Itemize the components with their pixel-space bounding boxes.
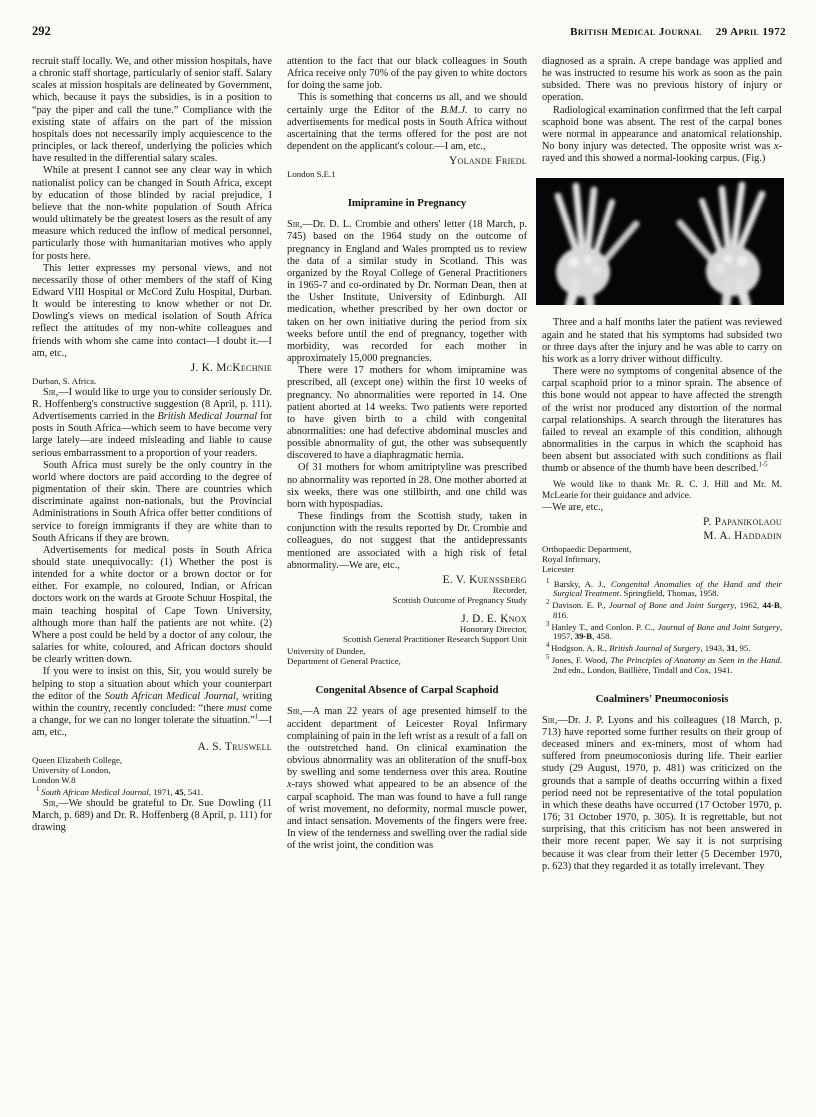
paragraph: Sir,—Dr. D. L. Crombie and others' lette…	[287, 219, 527, 365]
text-run: Journal of Bone and Joint Surgery	[658, 622, 780, 632]
signature: J. D. E. Knox	[287, 613, 527, 625]
paragraph: While at present I cannot see any clear …	[32, 165, 272, 262]
text-run: Sir,	[43, 387, 58, 398]
text-run: Sir,	[542, 715, 557, 726]
page-number: 292	[32, 24, 51, 39]
journal-masthead: British Medical Journal29 April 1972	[570, 26, 786, 38]
text-run: Davison. E. P.,	[552, 600, 609, 610]
address: Orthopaedic Department,Royal Infirmary,L…	[542, 545, 782, 575]
reference: 3 Hanley T., and Conlon. P. C., Journal …	[542, 623, 782, 643]
column-3: diagnosed as a sprain. A crepe bandage w…	[542, 56, 782, 873]
text-run: , 1971,	[149, 787, 175, 797]
text-run: —A man 22 years of age presented himself…	[287, 706, 527, 778]
text-run: South African Medical Journal,	[105, 691, 239, 702]
text-run: 31	[726, 643, 735, 653]
reference-number: 1	[546, 578, 554, 585]
text-run: must	[227, 703, 246, 714]
paragraph: Sir,—I would like to urge you to conside…	[32, 387, 272, 460]
text-run: British Journal of Surgery	[609, 643, 700, 653]
text-run: Sir,	[287, 706, 302, 717]
closing-line: —We are, etc.,	[542, 502, 782, 514]
address: Queen Elizabeth College,University of Lo…	[32, 756, 272, 786]
address-line: Leicester	[542, 565, 782, 575]
text-run: Hodgson. A. R.,	[551, 643, 609, 653]
issue-date: 29 April 1972	[716, 26, 786, 38]
text-run: Hanley T., and Conlon. P. C.,	[552, 622, 658, 632]
text-run: , 95.	[735, 643, 750, 653]
text-run: —We should be grateful to Dr. Sue Dowlin…	[32, 798, 272, 833]
text-run: The Principles of Anatomy as Seen in the…	[610, 655, 779, 665]
journal-title: British Medical Journal	[570, 26, 702, 38]
xray-figure	[536, 178, 784, 305]
paragraph: This letter expresses my personal views,…	[32, 263, 272, 360]
address: London S.E.1	[287, 170, 527, 180]
signature: M. A. Haddadin	[542, 530, 782, 542]
address-line: Department of General Practice,	[287, 657, 527, 667]
text-run: Journal of Bone and Joint Surgery	[609, 600, 734, 610]
paragraph: These findings from the Scottish study, …	[287, 511, 527, 572]
paragraph: Advertisements for medical posts in Sout…	[32, 545, 272, 667]
paragraph: Of 31 mothers for whom amitriptyline was…	[287, 462, 527, 511]
text-run: , 1943,	[700, 643, 726, 653]
paragraph: South Africa must surely be the only cou…	[32, 460, 272, 545]
paragraph: Three and a half months later the patien…	[542, 317, 782, 366]
text-run: 45	[175, 787, 184, 797]
paragraph: This is something that concerns us all, …	[287, 92, 527, 153]
address: Durban, S. Africa.	[32, 377, 272, 387]
address: University of Dundee,Department of Gener…	[287, 647, 527, 667]
signature: A. S. Truswell	[32, 741, 272, 753]
text-run: , 458.	[592, 631, 612, 641]
paragraph-continuation: recruit staff locally. We, and other mis…	[32, 56, 272, 165]
paragraph: If you were to insist on this, Sir, you …	[32, 666, 272, 739]
reference: 1 South African Medical Journal, 1971, 4…	[32, 788, 272, 798]
text-run: 1-5	[758, 462, 767, 469]
reference: 5 Jones, F. Wood, The Principles of Anat…	[542, 656, 782, 676]
text-run: , 1962,	[734, 600, 762, 610]
journal-page: 292 British Medical Journal29 April 1972…	[0, 0, 816, 1117]
paragraph: Sir,—Dr. J. P. Lyons and his colleagues …	[542, 715, 782, 873]
text-run: Radiological examination confirmed that …	[542, 105, 782, 152]
column-layout: recruit staff locally. We, and other mis…	[32, 56, 786, 873]
xray-both-hands-image	[536, 178, 784, 305]
address-line: Durban, S. Africa.	[32, 377, 272, 387]
paragraph: Sir,—A man 22 years of age presented him…	[287, 706, 527, 852]
text-run: British Medical Journal	[157, 411, 257, 422]
text-run: . Springfield, Thomas, 1958.	[619, 588, 719, 598]
text-run: Sir,	[287, 219, 302, 230]
paragraph-continuation: attention to the fact that our black col…	[287, 56, 527, 92]
column-2: attention to the fact that our black col…	[287, 56, 527, 873]
address-line: London S.E.1	[287, 170, 527, 180]
text-run: Barsky, A. J.,	[554, 579, 611, 589]
signature-role: Scottish Outcome of Pregnancy Study	[287, 596, 527, 606]
paragraph: There were 17 mothers for whom imipramin…	[287, 365, 527, 462]
signature: E. V. Kuenssberg	[287, 574, 527, 586]
signature: J. K. McKechnie	[32, 362, 272, 374]
address-line: London W.8	[32, 776, 272, 786]
letter-heading: Congenital Absence of Carpal Scaphoid	[287, 684, 527, 696]
text-run: Sir,	[43, 798, 58, 809]
signature-role: Scottish General Practitioner Research S…	[287, 635, 527, 645]
text-run: -rays showed what appeared to be an abse…	[287, 779, 527, 851]
text-run: , 541.	[184, 787, 204, 797]
letter-heading: Coalminers' Pneumoconiosis	[542, 693, 782, 705]
signature: P. Papanikolaou	[542, 516, 782, 528]
text-run: There were no symptoms of congenital abs…	[542, 366, 782, 474]
text-run: Jones, F. Wood,	[552, 655, 611, 665]
text-run: 44-B	[762, 600, 779, 610]
reference: 2 Davison. E. P., Journal of Bone and Jo…	[542, 601, 782, 621]
signature: Yolande Friedl	[287, 155, 527, 167]
column-1: recruit staff locally. We, and other mis…	[32, 56, 272, 873]
reference: 4 Hodgson. A. R., British Journal of Sur…	[542, 644, 782, 654]
paragraph: There were no symptoms of congenital abs…	[542, 366, 782, 475]
paragraph: Sir,—We should be grateful to Dr. Sue Do…	[32, 798, 272, 834]
page-header: 292 British Medical Journal29 April 1972	[32, 24, 786, 39]
paragraph-continuation: diagnosed as a sprain. A crepe bandage w…	[542, 56, 782, 105]
text-run: 39-B	[575, 631, 592, 641]
letter-heading: Imipramine in Pregnancy	[287, 197, 527, 209]
text-run: —Dr. D. L. Crombie and others' letter (1…	[287, 219, 527, 364]
acknowledgement: We would like to thank Mr. R. C. J. Hill…	[542, 480, 782, 501]
text-run: B.M.J.	[440, 105, 467, 116]
paragraph: Radiological examination confirmed that …	[542, 105, 782, 166]
text-run: South African Medical Journal	[41, 787, 149, 797]
address-line: Royal Infirmary,	[542, 555, 782, 565]
reference: 1 Barsky, A. J., Congenital Anomalies of…	[542, 580, 782, 600]
text-run: —Dr. J. P. Lyons and his colleagues (18 …	[542, 715, 782, 872]
